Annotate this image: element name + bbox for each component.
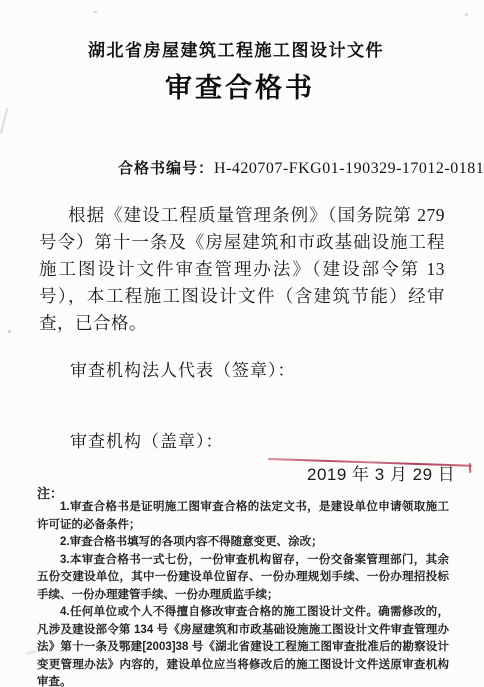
note-item-3: 3.本审查合格书一式七份，一份审查机构留存，一份交备案管理部门，其余五份交建设单… — [37, 552, 449, 605]
scan-artifact — [93, 11, 97, 13]
document-main-title: 审查合格书 — [0, 66, 480, 105]
certificate-page: 湖北省房屋建筑工程施工图设计文件 审查合格书 合格书编号：H-420707-FK… — [0, 0, 484, 687]
note-item-1: 1.审查合格书是证明施工图审查合格的法定文书，是建设单位申请领取施工许可证的必备… — [37, 499, 449, 534]
document-header-title: 湖北省房屋建筑工程施工图设计文件 — [0, 36, 472, 61]
scan-artifact — [465, 13, 468, 16]
review-agency-seal-line: 审查机构（盖章）： — [70, 427, 224, 452]
scan-artifact — [0, 108, 8, 134]
certificate-number-line: 合格书编号：H-420707-FKG01-190329-17012-0181 — [118, 157, 484, 178]
date-line: 2019 年 3 月 29 日 — [307, 460, 455, 485]
certificate-number-label: 合格书编号： — [118, 161, 214, 177]
body-paragraph: 根据《建设工程质量管理条例》（国务院第 279 号令）第十一条及《房屋建筑和市政… — [39, 202, 445, 337]
legal-representative-signature-line: 审查机构法人代表（签章）： — [70, 356, 296, 381]
notes-section: 1.审查合格书是证明施工图审查合格的法定文书，是建设单位申请领取施工许可证的必备… — [37, 499, 449, 687]
scan-artifact — [8, 330, 11, 333]
certificate-number-value: H-420707-FKG01-190329-17012-0181 — [214, 160, 484, 177]
note-item-2: 2.审查合格书填写的各项内容不得随意变更、涂改； — [37, 534, 449, 552]
scan-artifact — [26, 650, 36, 655]
note-item-4: 4.任何单位或个人不得擅自修改审查合格的施工图设计文件。确需修改的，凡涉及建设部… — [37, 604, 449, 687]
